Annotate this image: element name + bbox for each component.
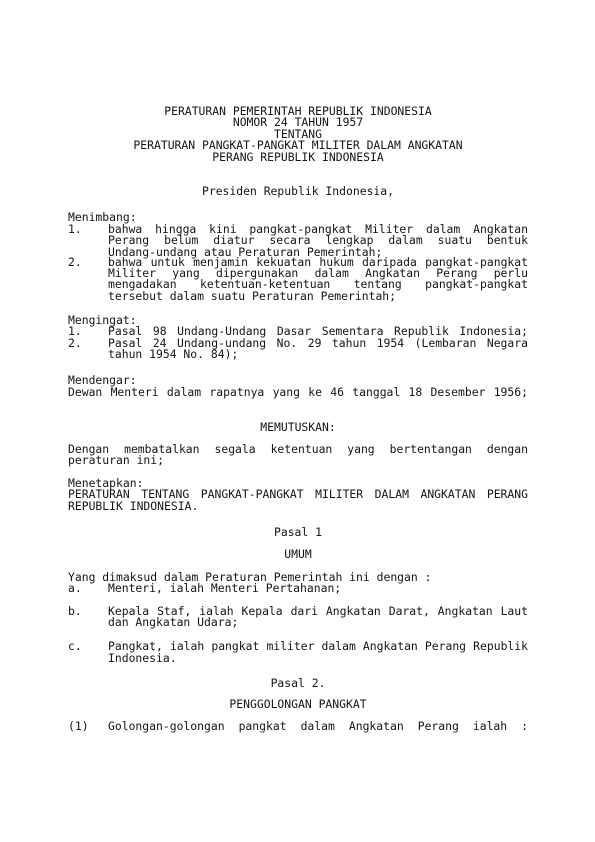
pasal-1-item-b-line: dan Angkatan Udara; (108, 617, 528, 628)
menimbang-item-1-marker: 1. (68, 224, 108, 235)
menetapkan-line: REPUBLIK INDONESIA. (68, 501, 528, 512)
pasal-1-item-c-line: Indonesia. (108, 653, 528, 664)
pasal-1-subheading: UMUM (68, 549, 528, 560)
preamble-line: peraturan ini; (68, 455, 528, 466)
mengingat-item-2-line: tahun 1954 No. 84); (108, 349, 528, 360)
pasal-1-heading: Pasal 1 (68, 527, 528, 538)
pasal-2-heading: Pasal 2. (68, 678, 528, 689)
menimbang-item-2-marker: 2. (68, 257, 108, 268)
pasal-1-item-b-marker: b. (68, 606, 108, 617)
title-line-5: PERANG REPUBLIK INDONESIA (68, 152, 528, 163)
pasal-1-item-c-marker: c. (68, 641, 108, 652)
pasal-2-item-1-line: Golongan-golongan pangkat dalam Angkatan… (108, 721, 528, 732)
mendengar-text: Dewan Menteri dalam rapatnya yang ke 46 … (68, 387, 528, 398)
menimbang-item-2-line: tersebut dalam suatu Peraturan Pemerinta… (108, 291, 528, 302)
document-page: PERATURAN PEMERINTAH REPUBLIK INDONESIA … (0, 0, 595, 842)
pasal-1-item-a-marker: a. (68, 583, 108, 594)
salutation: Presiden Republik Indonesia, (68, 186, 528, 197)
pasal-1-item-a-line: Menteri, ialah Menteri Pertahanan; (108, 583, 528, 594)
pasal-2-subheading: PENGGOLONGAN PANGKAT (68, 699, 528, 710)
mengingat-item-2-marker: 2. (68, 338, 108, 349)
pasal-2-item-1-marker: (1) (68, 721, 108, 732)
memutuskan-heading: MEMUTUSKAN: (68, 422, 528, 433)
